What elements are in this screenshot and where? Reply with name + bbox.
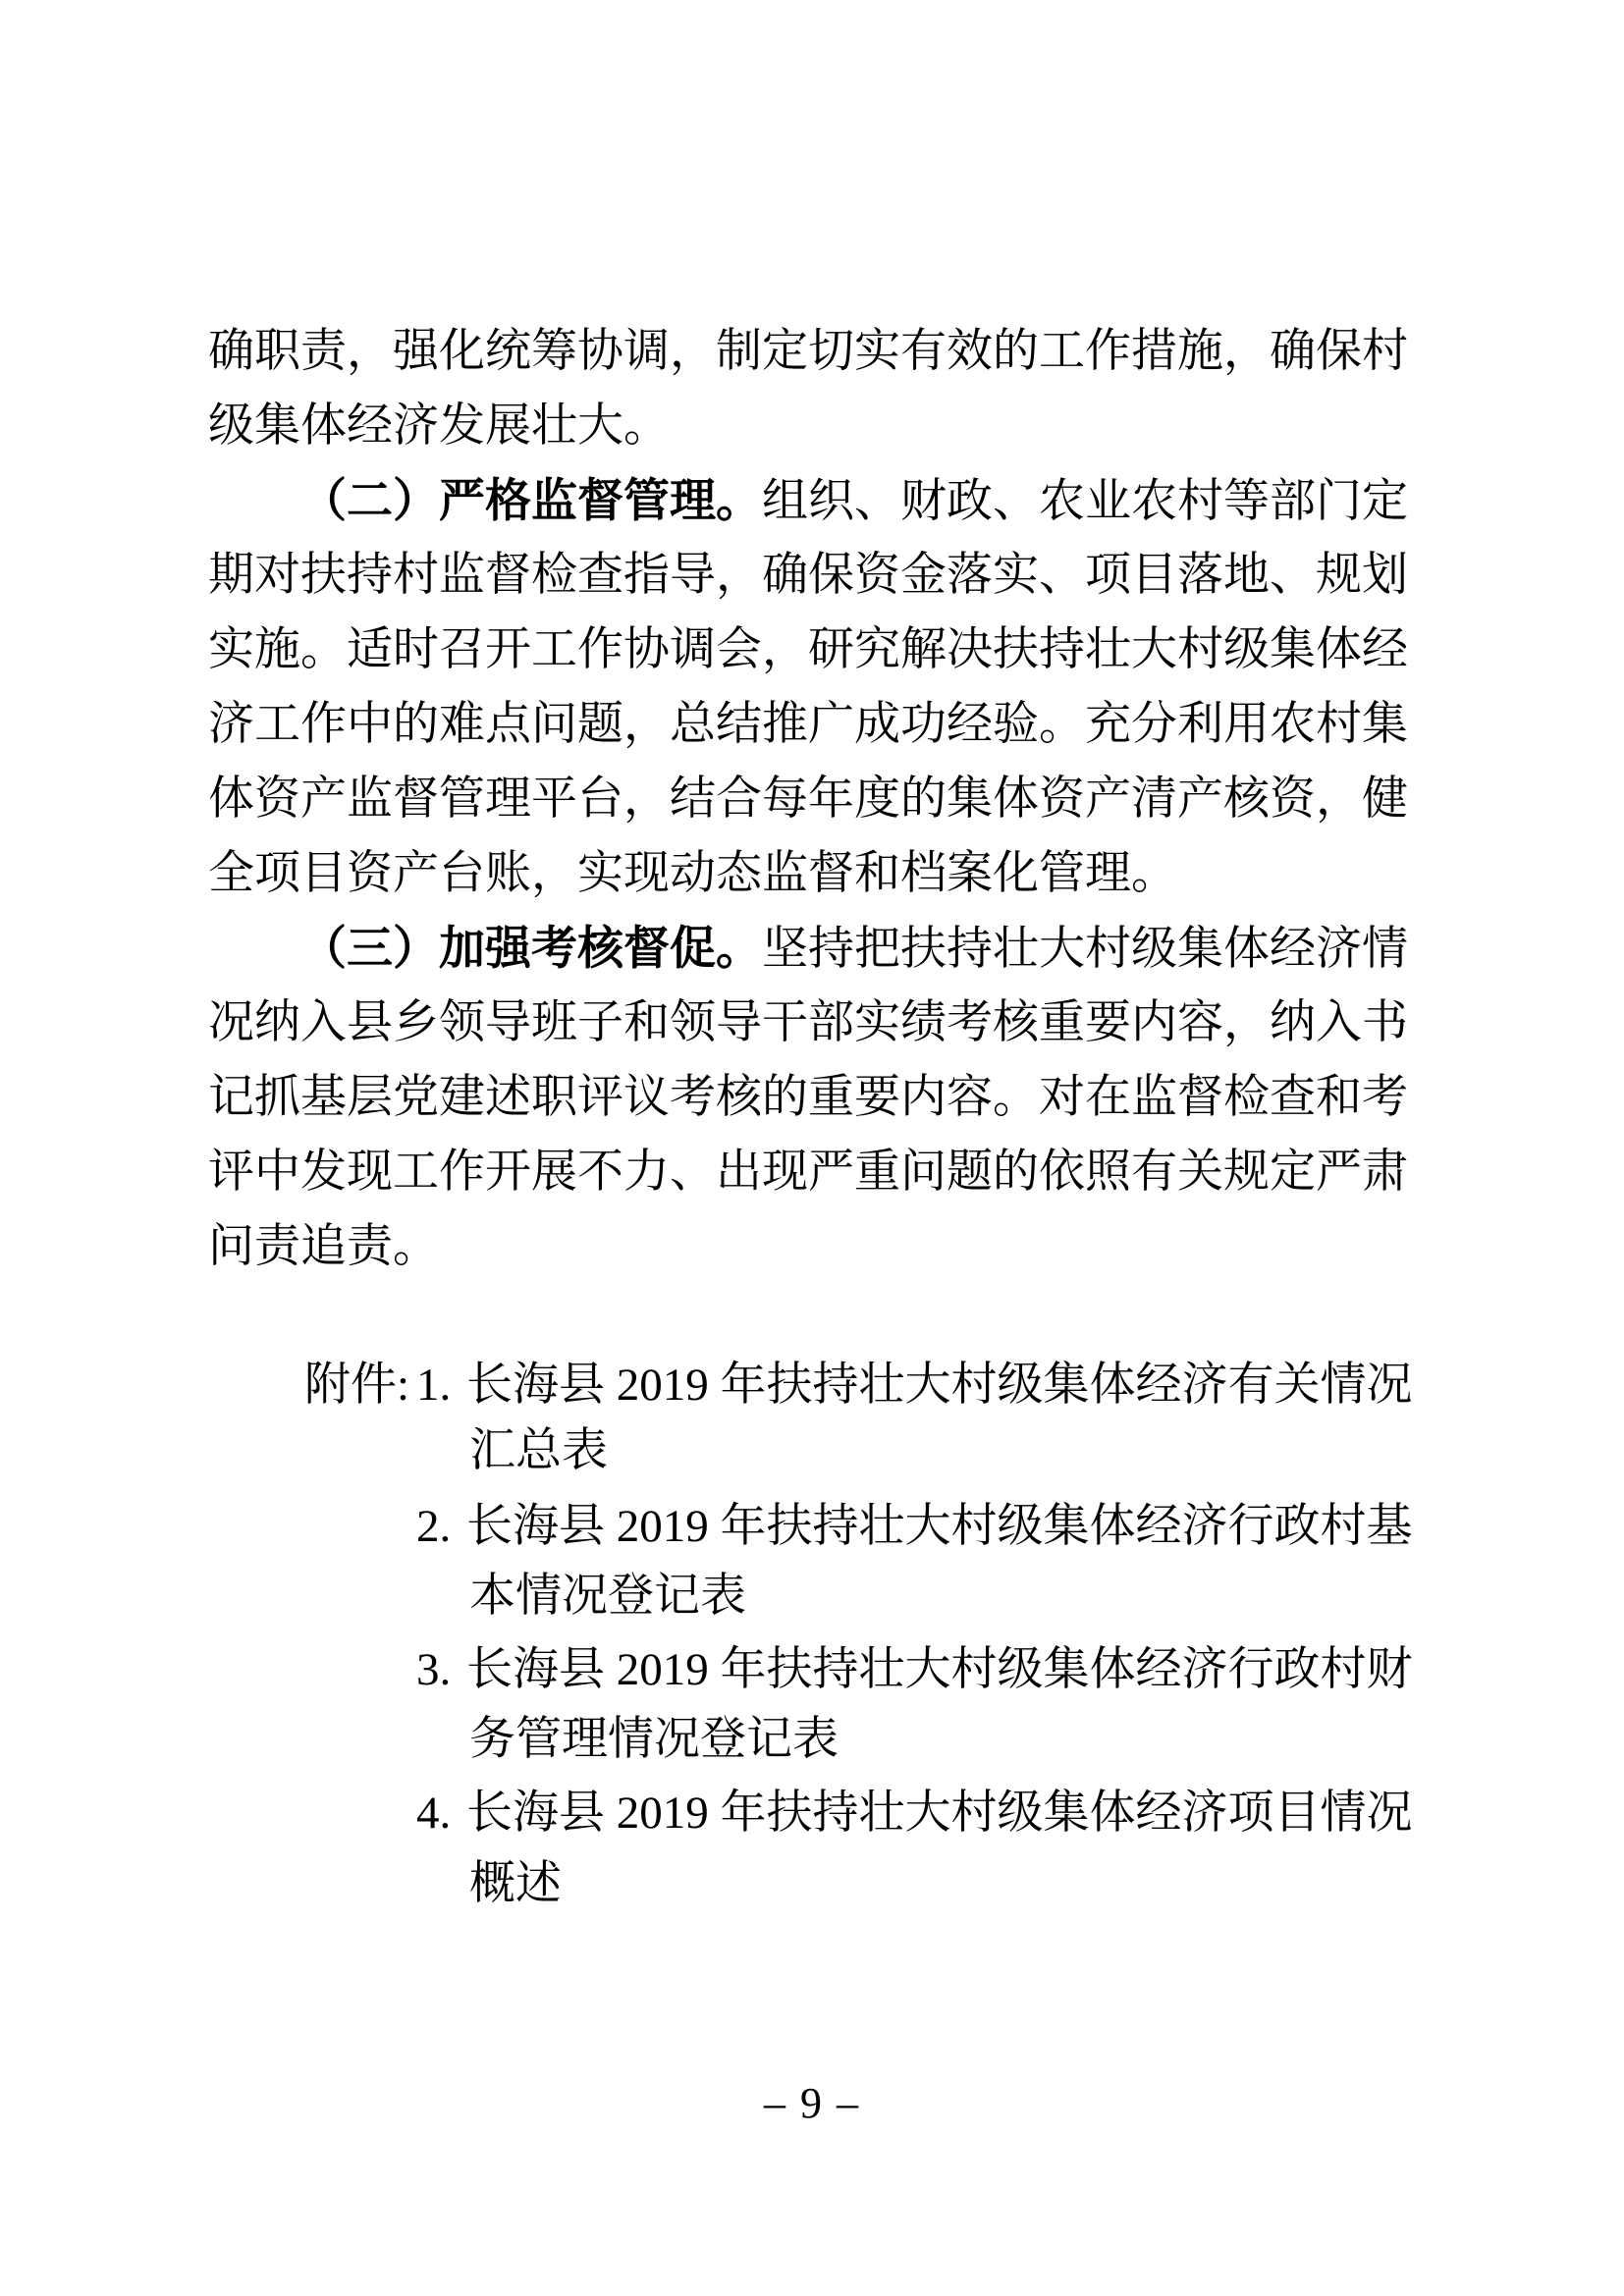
page-number: – 9 – [0,2079,1624,2129]
attachments-label: 附件: [304,1359,409,1412]
body-line: 级集体经济发展壮大。 [208,400,670,453]
attachment-item-text: 汇总表 [469,1424,608,1477]
section3-heading: （三）加强考核督促。 [300,922,762,974]
attachment-item-number: 2. [416,1500,451,1553]
body-line: 全项目资产台账，实现动态监督和档案化管理。 [208,847,1177,900]
attachment-item-number: 1. [416,1359,451,1412]
body-line: 问责追责。 [208,1220,439,1273]
attachment-item-text: 长海县 2019 年扶持壮大村级集体经济行政村财 [466,1643,1413,1696]
section2-heading: （二）严格监督管理。 [300,474,762,526]
section2-first-line-rest: 组织、财政、农业农村等部门定 [762,476,1408,527]
attachment-item-text: 长海县 2019 年扶持壮大村级集体经济有关情况 [466,1359,1413,1412]
attachment-item-text: 概述 [469,1857,562,1910]
document-page: 确职责，强化统筹协调，制定切实有效的工作措施，确保村 级集体经济发展壮大。 （二… [0,0,1624,2296]
body-line: 体资产监督管理平台，结合每年度的集体资产清产核资，健 [208,773,1408,826]
section2-first-line: （二）严格监督管理。组织、财政、农业农村等部门定 [300,474,1408,528]
attachment-item-text: 本情况登记表 [469,1570,746,1623]
body-line: 况纳入县乡领导班子和领导干部实绩考核重要内容，纳入书 [208,996,1408,1049]
body-line: 评中发现工作开展不力、出现严重问题的依照有关规定严肃 [208,1146,1408,1199]
attachment-item-text: 长海县 2019 年扶持壮大村级集体经济行政村基 [466,1500,1413,1553]
attachment-item-text: 长海县 2019 年扶持壮大村级集体经济项目情况 [466,1787,1413,1840]
attachment-item-text: 务管理情况登记表 [469,1713,839,1766]
body-line: 济工作中的难点问题，总结推广成功经验。充分利用农村集 [208,698,1408,751]
section3-first-line: （三）加强考核督促。坚持把扶持壮大村级集体经济情 [300,922,1408,976]
section3-first-line-rest: 坚持把扶持壮大村级集体经济情 [762,924,1408,975]
body-line: 实施。适时召开工作协调会，研究解决扶持壮大村级集体经 [208,623,1408,676]
attachment-item-number: 4. [416,1787,451,1840]
body-line: 期对扶持村监督检查指导，确保资金落实、项目落地、规划 [208,549,1408,602]
body-line: 记抓基层党建述职评议考核的重要内容。对在监督检查和考 [208,1071,1408,1124]
attachment-item-number: 3. [416,1643,451,1696]
body-line: 确职责，强化统筹协调，制定切实有效的工作措施，确保村 [208,325,1408,378]
